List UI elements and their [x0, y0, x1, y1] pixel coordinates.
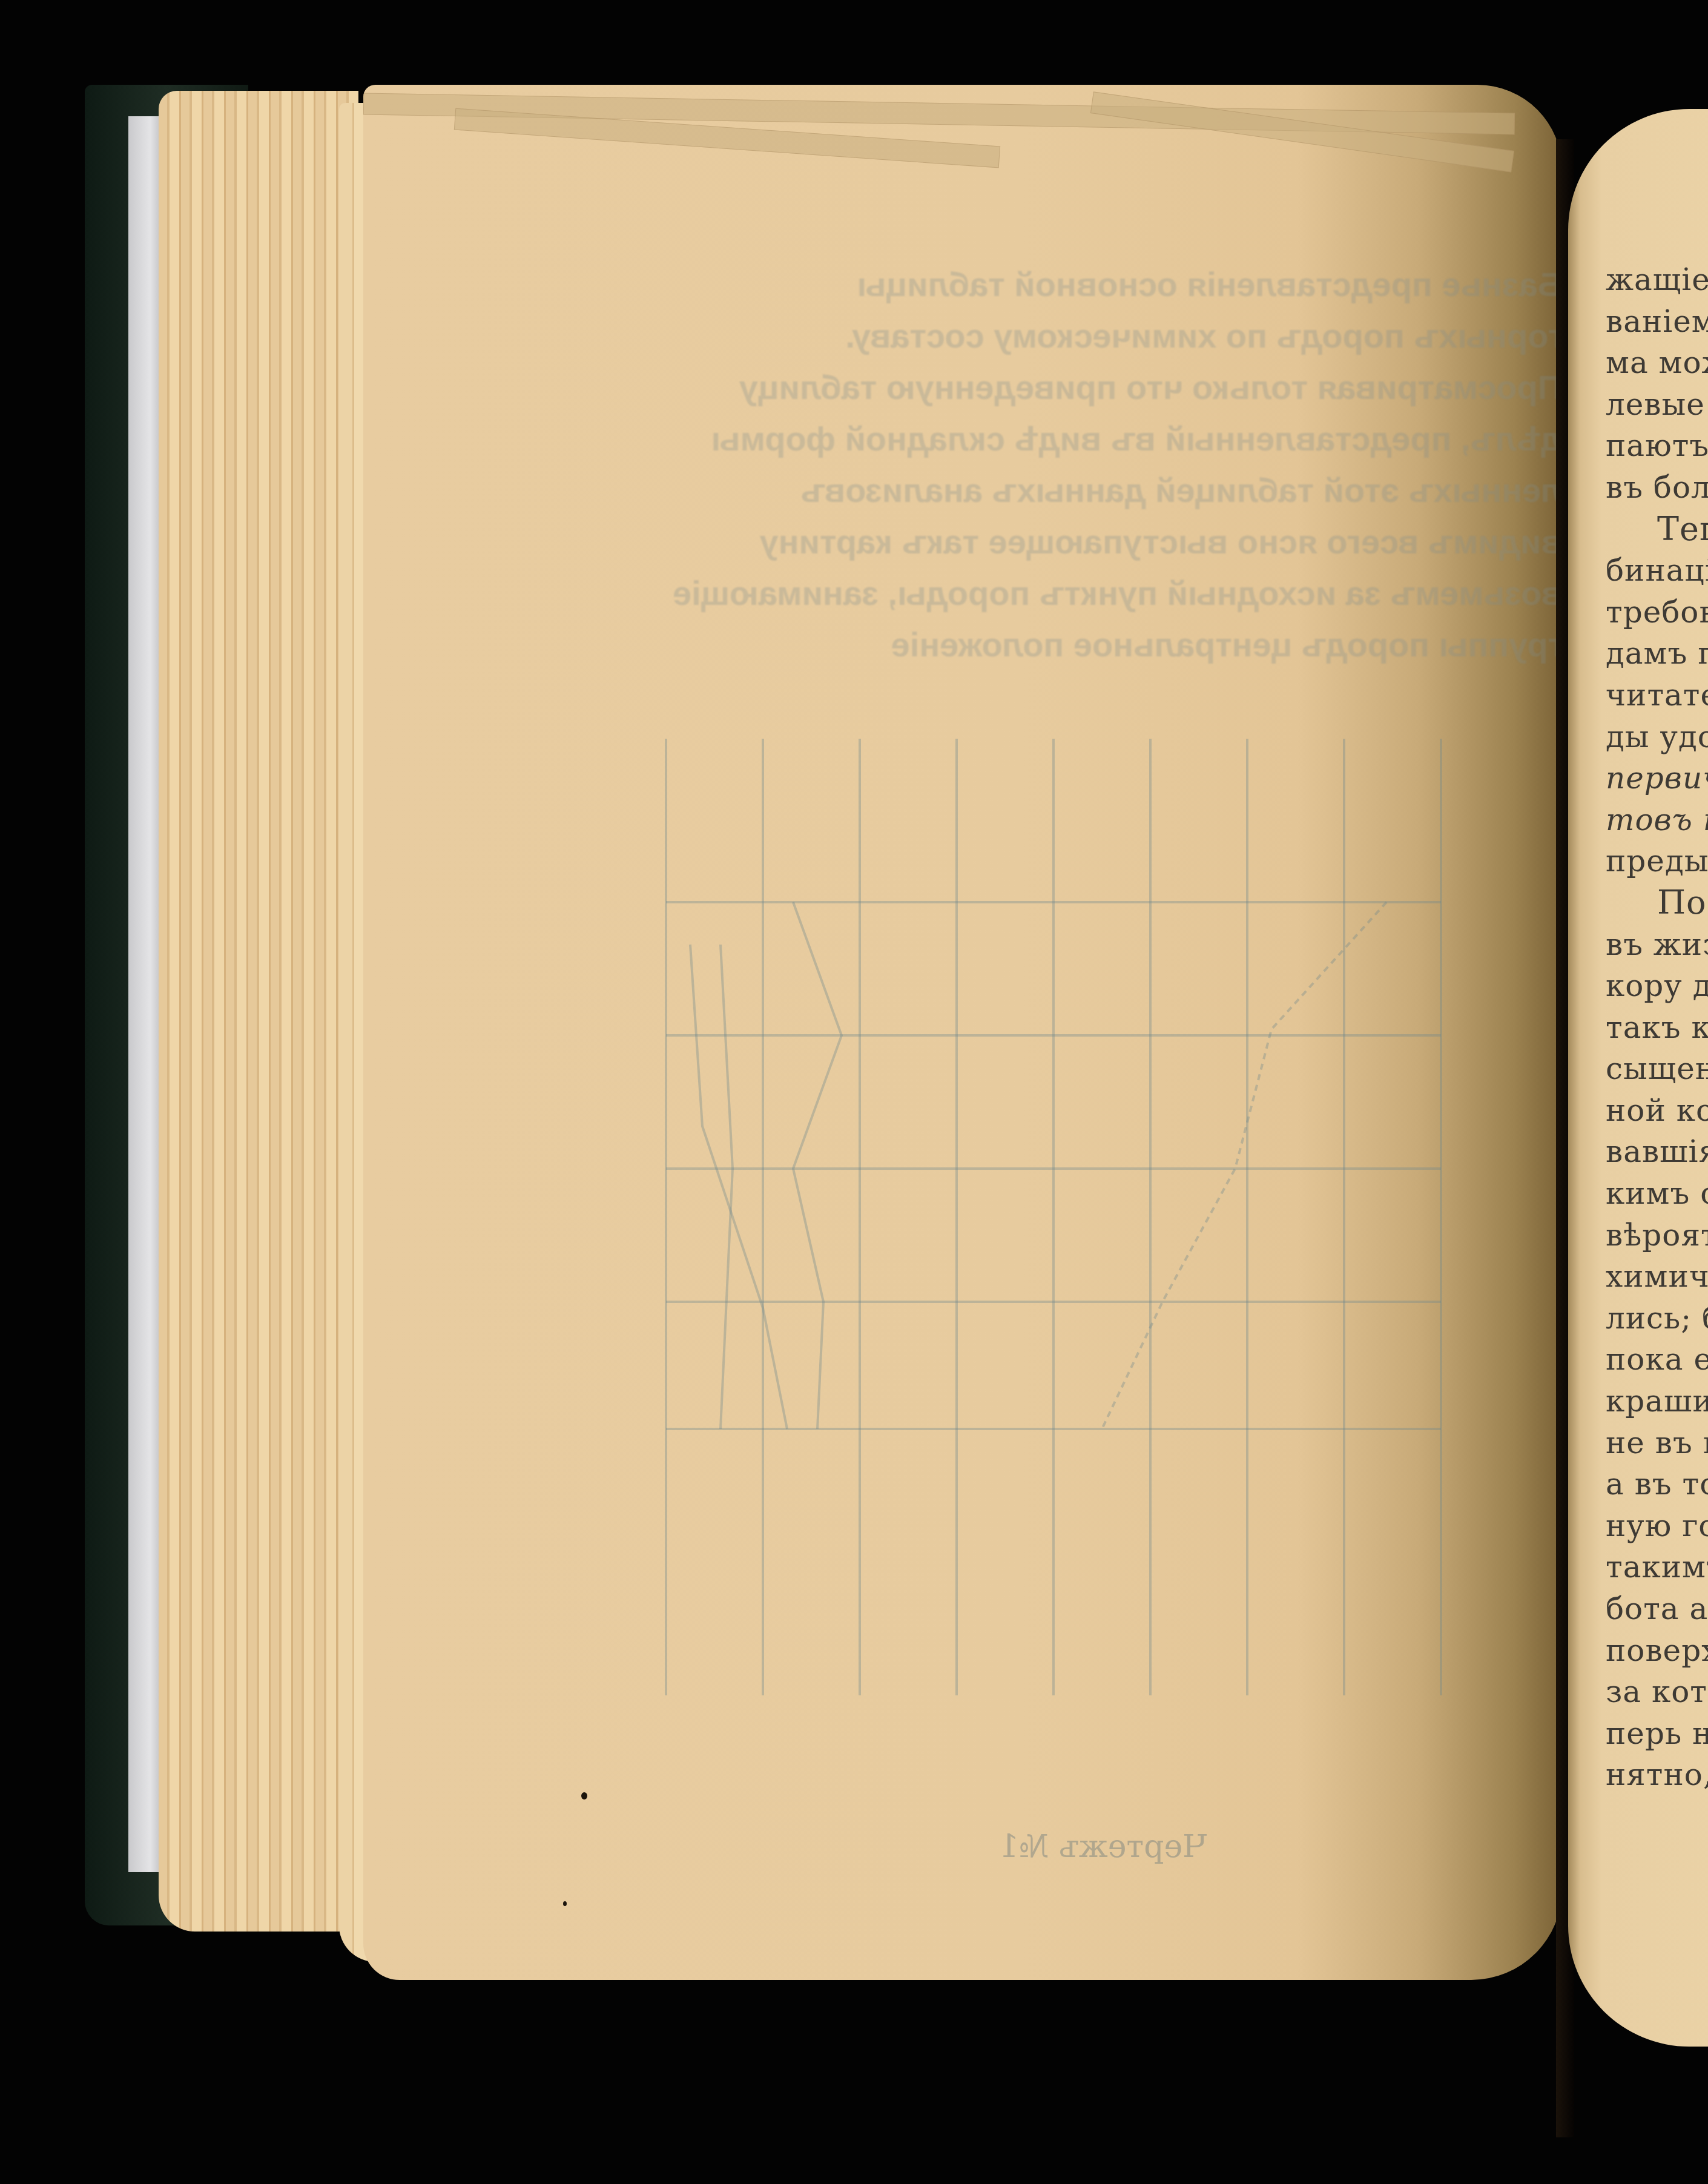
bleed-through-line: Просматривая только что приведенную табл…: [593, 363, 1562, 412]
text-line: лись; бл: [1606, 1298, 1708, 1339]
emphasis-line: товъ не: [1606, 799, 1708, 841]
text-line: сыщена: [1606, 1048, 1708, 1090]
reversed-chart-bleed-through: [642, 702, 1477, 1732]
text-line: левые ш: [1606, 384, 1708, 426]
text-line: такъ ка: [1606, 1007, 1708, 1049]
text-line: крашива: [1606, 1381, 1708, 1422]
text-line: за котор: [1606, 1671, 1708, 1713]
text-line: вѣроятн: [1606, 1215, 1708, 1256]
text-line: читателю: [1606, 675, 1708, 716]
text-line: а въ то: [1606, 1463, 1708, 1505]
text-line: бинаціям: [1606, 550, 1708, 592]
text-line: паютъ м: [1606, 425, 1708, 467]
text-line: ма може: [1606, 342, 1708, 384]
text-line: бота ат: [1606, 1588, 1708, 1630]
text-line: жащіе гл: [1606, 259, 1708, 301]
text-line: дамъ пер: [1606, 633, 1708, 675]
bleed-through-line: горныхъ породъ по химическому составу.: [593, 312, 1562, 360]
text-line: не въ в: [1606, 1422, 1708, 1464]
text-line: ваніемъ: [1606, 301, 1708, 343]
left-page: Бaзнье представленія основной таблицы го…: [363, 85, 1562, 1980]
text-line: кимъ об: [1606, 1173, 1708, 1215]
text-line: пока ещ: [1606, 1339, 1708, 1381]
text-line: перь на: [1606, 1713, 1708, 1755]
page-block-edge: [159, 91, 358, 1932]
bleed-through-line: возьмемъ за исходный пунктъ породы, зани…: [593, 569, 1562, 618]
paragraph-start-line: По: [1606, 882, 1708, 924]
right-page-text-column: жащіе гл ваніемъ ма може левые ш паютъ м…: [1606, 259, 1708, 1796]
bleed-through-line: видимъ всего ясно выступающее такъ карти…: [593, 518, 1562, 566]
ink-speck: [581, 1792, 587, 1800]
paragraph-start-line: Теп: [1606, 509, 1708, 550]
text-line: вавшіяся: [1606, 1131, 1708, 1173]
right-page: жащіе гл ваніемъ ма може левые ш паютъ м…: [1568, 109, 1708, 2047]
ink-speck: [563, 1901, 567, 1906]
text-line: ной кор: [1606, 1090, 1708, 1132]
text-line: требован: [1606, 592, 1708, 633]
bleed-through-line: дѣлъ, представленный въ видѣ складной фо…: [593, 415, 1562, 463]
text-line: нятно,: [1606, 1754, 1708, 1796]
bleed-through-line: Бaзнье представленія основной таблицы: [593, 260, 1562, 309]
text-line: такимъ: [1606, 1546, 1708, 1588]
bleed-through-line: группы породъ центральное положеніе: [593, 621, 1562, 669]
chart-caption: Чертежъ №1: [999, 1829, 1207, 1865]
text-line: ды удовл: [1606, 716, 1708, 758]
emphasis-line: первична: [1606, 757, 1708, 799]
text-line: поверхн: [1606, 1630, 1708, 1672]
text-line: ную гор: [1606, 1505, 1708, 1547]
text-line: въ жизн: [1606, 924, 1708, 966]
text-line: въ больш: [1606, 467, 1708, 509]
text-line: кору до: [1606, 965, 1708, 1007]
text-line: предыду: [1606, 840, 1708, 882]
bleed-through-line: ленныхъ этой таблицей данныхъ анализовъ: [593, 466, 1562, 515]
text-line: химичес: [1606, 1256, 1708, 1298]
